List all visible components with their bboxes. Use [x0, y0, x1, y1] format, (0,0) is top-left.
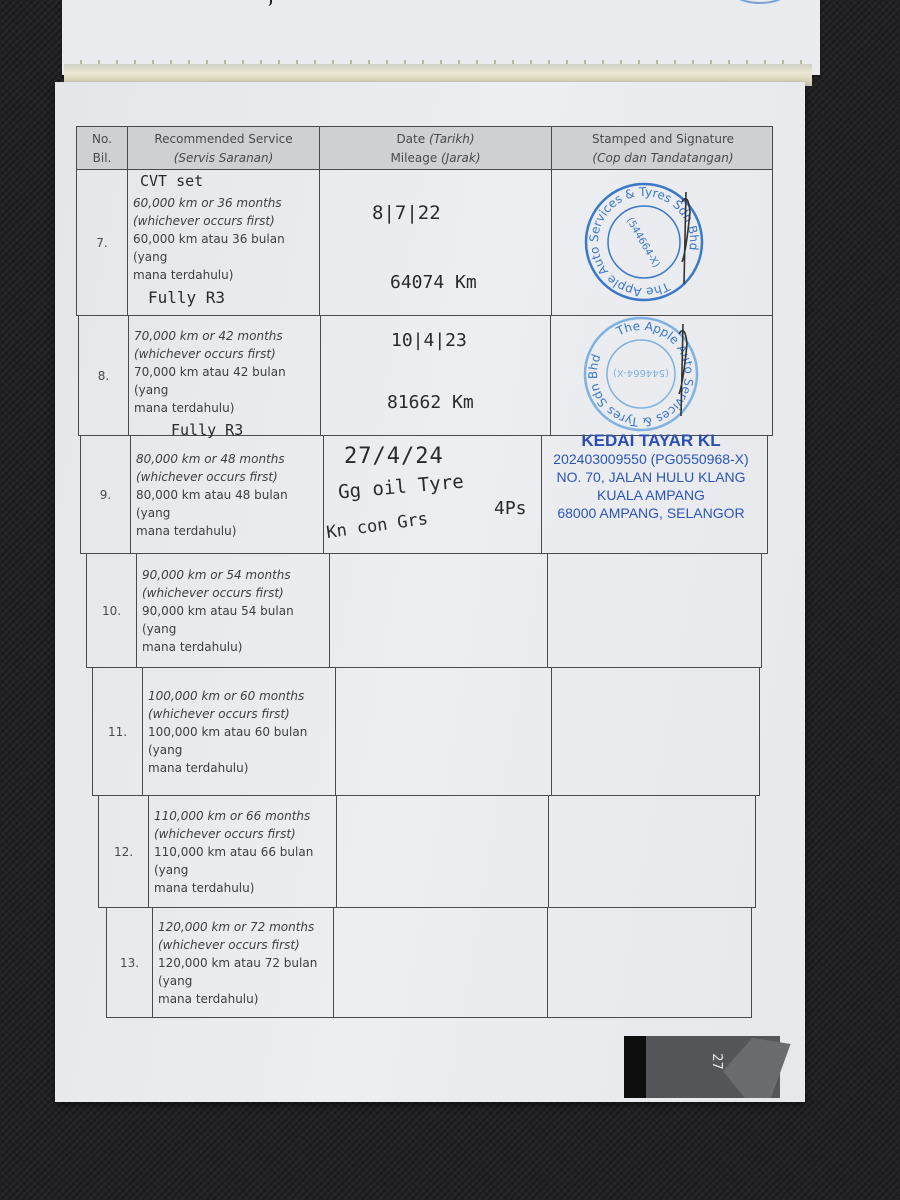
- company-stamp: The Apple Auto Services & Tyres Sdn Bhd …: [551, 316, 774, 436]
- service-en-1: 120,000 km or 72 months: [158, 918, 333, 936]
- header-mileage-en: Mileage: [390, 151, 437, 165]
- date-mileage-cell[interactable]: 10|4|2381662 Km: [321, 316, 551, 435]
- service-en-1: 90,000 km or 54 months: [142, 566, 329, 584]
- header-stamp: Stamped and Signature (Cop dan Tandatang…: [552, 127, 774, 171]
- stamp-line: 68000 AMPANG, SELANGOR: [536, 504, 766, 522]
- stamp-signature-cell[interactable]: The Apple Auto Services & Tyres Sdn Bhd …: [552, 170, 774, 315]
- svg-text:(544664-X): (544664-X): [624, 216, 662, 270]
- service-en-1: 60,000 km or 36 months: [133, 194, 319, 212]
- service-ms-1: 110,000 km atau 66 bulan (yang: [154, 843, 336, 879]
- handwritten-date: 10|4|23: [391, 330, 467, 351]
- handwritten-note: Fully R3: [148, 289, 225, 307]
- recommended-service: 110,000 km or 66 months (whichever occur…: [149, 796, 337, 907]
- stamp-line: KUALA AMPANG: [536, 486, 766, 504]
- row-number: 12.: [99, 796, 149, 907]
- service-en-2: (whichever occurs first): [154, 825, 336, 843]
- handwritten-date: 8|7|22: [372, 202, 441, 224]
- service-en-1: 70,000 km or 42 months: [134, 327, 320, 345]
- date-mileage-cell[interactable]: [330, 554, 548, 667]
- table-row: 7.60,000 km or 36 months (whichever occu…: [76, 170, 773, 316]
- header-service: Recommended Service (Servis Saranan): [128, 127, 320, 171]
- handwritten-note: Kn con Grs: [325, 509, 429, 543]
- page-number: 27: [709, 1053, 724, 1070]
- header-date-en: Date: [396, 132, 425, 146]
- header-service-ms: (Servis Saranan): [174, 151, 274, 165]
- service-en-1: 80,000 km or 48 months: [136, 450, 323, 468]
- table-row: 8.70,000 km or 42 months (whichever occu…: [78, 316, 773, 436]
- table-row: 9.80,000 km or 48 months (whichever occu…: [80, 436, 768, 554]
- handwritten-mileage: 81662 Km: [387, 392, 474, 413]
- header-no: No. Bil.: [77, 127, 128, 171]
- service-en-2: (whichever occurs first): [133, 212, 319, 230]
- handwritten-note: 4Ps: [494, 498, 527, 519]
- service-ms-2: mana terdahulu): [148, 759, 335, 777]
- service-ms-2: mana terdahulu): [154, 879, 336, 897]
- stamp-signature-cell[interactable]: [548, 554, 763, 667]
- row-number: 9.: [81, 436, 131, 553]
- recommended-service: 80,000 km or 48 months (whichever occurs…: [131, 436, 324, 553]
- handwritten-note: Gg oil Tyre: [337, 471, 464, 504]
- service-ms-1: 90,000 km atau 54 bulan (yang: [142, 602, 329, 638]
- company-stamp: The Apple Auto Services & Tyres Sdn Bhd …: [552, 170, 774, 316]
- stamp-line: NO. 70, JALAN HULU KLANG: [536, 468, 766, 486]
- service-en-2: (whichever occurs first): [134, 345, 320, 363]
- service-ms-2: mana terdahulu): [133, 266, 319, 284]
- recommended-service: 120,000 km or 72 months (whichever occur…: [153, 908, 334, 1017]
- date-mileage-cell[interactable]: [336, 668, 552, 795]
- recommended-service: 70,000 km or 42 months (whichever occurs…: [129, 316, 321, 435]
- row-number: 13.: [107, 908, 153, 1017]
- recommended-service: 90,000 km or 54 months (whichever occurs…: [137, 554, 330, 667]
- stamp-signature-cell[interactable]: KEDAI TAYAR KL 202403009550 (PG0550968-X…: [542, 436, 769, 553]
- service-ms-2: mana terdahulu): [134, 399, 320, 417]
- handwritten-note: CVT set: [140, 172, 203, 190]
- service-en-2: (whichever occurs first): [158, 936, 333, 954]
- table-header: No. Bil. Recommended Service (Servis Sar…: [76, 126, 773, 170]
- service-en-1: 110,000 km or 66 months: [154, 807, 336, 825]
- table-row: 11.100,000 km or 60 months (whichever oc…: [92, 668, 760, 796]
- stamp-line: 202403009550 (PG0550968-X): [536, 450, 766, 468]
- date-mileage-cell[interactable]: 8|7|2264074 Km: [320, 170, 552, 315]
- stamp-signature-cell[interactable]: The Apple Auto Services & Tyres Sdn Bhd …: [551, 316, 774, 435]
- header-no-en: No.: [92, 132, 112, 146]
- stamp-signature-cell[interactable]: [552, 668, 761, 795]
- service-ms-1: 100,000 km atau 60 bulan (yang: [148, 723, 335, 759]
- kedai-tayar-stamp: KEDAI TAYAR KL 202403009550 (PG0550968-X…: [536, 432, 766, 522]
- service-ms-2: mana terdahulu): [142, 638, 329, 656]
- service-en-1: 100,000 km or 60 months: [148, 687, 335, 705]
- service-en-2: (whichever occurs first): [142, 584, 329, 602]
- stamp-edge: [724, 0, 796, 4]
- table-row: 12.110,000 km or 66 months (whichever oc…: [98, 796, 756, 908]
- service-ms-2: mana terdahulu): [136, 522, 323, 540]
- date-mileage-cell[interactable]: 27/4/24Gg oil TyreKn con Grs4Ps: [324, 436, 542, 553]
- service-en-2: (whichever occurs first): [136, 468, 323, 486]
- row-number: 11.: [93, 668, 143, 795]
- pen-stroke: [267, 0, 272, 6]
- service-ms-1: 120,000 km atau 72 bulan (yang: [158, 954, 333, 990]
- date-mileage-cell[interactable]: [337, 796, 549, 907]
- service-ms-1: 60,000 km atau 36 bulan (yang: [133, 230, 319, 266]
- row-number: 7.: [77, 170, 128, 315]
- stamp-signature-cell[interactable]: [548, 908, 753, 1017]
- header-stamp-en: Stamped and Signature: [592, 132, 734, 146]
- header-mileage-ms: (Jarak): [441, 151, 481, 165]
- svg-text:(544664-X): (544664-X): [613, 367, 669, 378]
- service-ms-2: mana terdahulu): [158, 990, 333, 1008]
- row-number: 8.: [79, 316, 129, 435]
- tab-shadow: [624, 1036, 646, 1098]
- service-ms-1: 70,000 km atau 42 bulan (yang: [134, 363, 320, 399]
- service-ms-1: 80,000 km atau 48 bulan (yang: [136, 486, 323, 522]
- handwritten-mileage: 64074 Km: [390, 272, 477, 293]
- handwritten-date: 27/4/24: [344, 444, 444, 469]
- date-mileage-cell[interactable]: [334, 908, 548, 1017]
- header-date-ms: (Tarikh): [429, 132, 475, 146]
- header-date-mileage: Date (Tarikh) Mileage (Jarak): [320, 127, 552, 171]
- service-en-2: (whichever occurs first): [148, 705, 335, 723]
- stamp-signature-cell[interactable]: [549, 796, 757, 907]
- header-service-en: Recommended Service: [154, 132, 292, 146]
- recommended-service: 60,000 km or 36 months (whichever occurs…: [128, 170, 320, 315]
- header-no-ms: Bil.: [93, 151, 112, 165]
- table-row: 10.90,000 km or 54 months (whichever occ…: [86, 554, 762, 668]
- header-stamp-ms: (Cop dan Tandatangan): [592, 151, 733, 165]
- table-row: 13.120,000 km or 72 months (whichever oc…: [106, 908, 752, 1018]
- stamp-title: KEDAI TAYAR KL: [536, 432, 766, 450]
- recommended-service: 100,000 km or 60 months (whichever occur…: [143, 668, 336, 795]
- row-number: 10.: [87, 554, 137, 667]
